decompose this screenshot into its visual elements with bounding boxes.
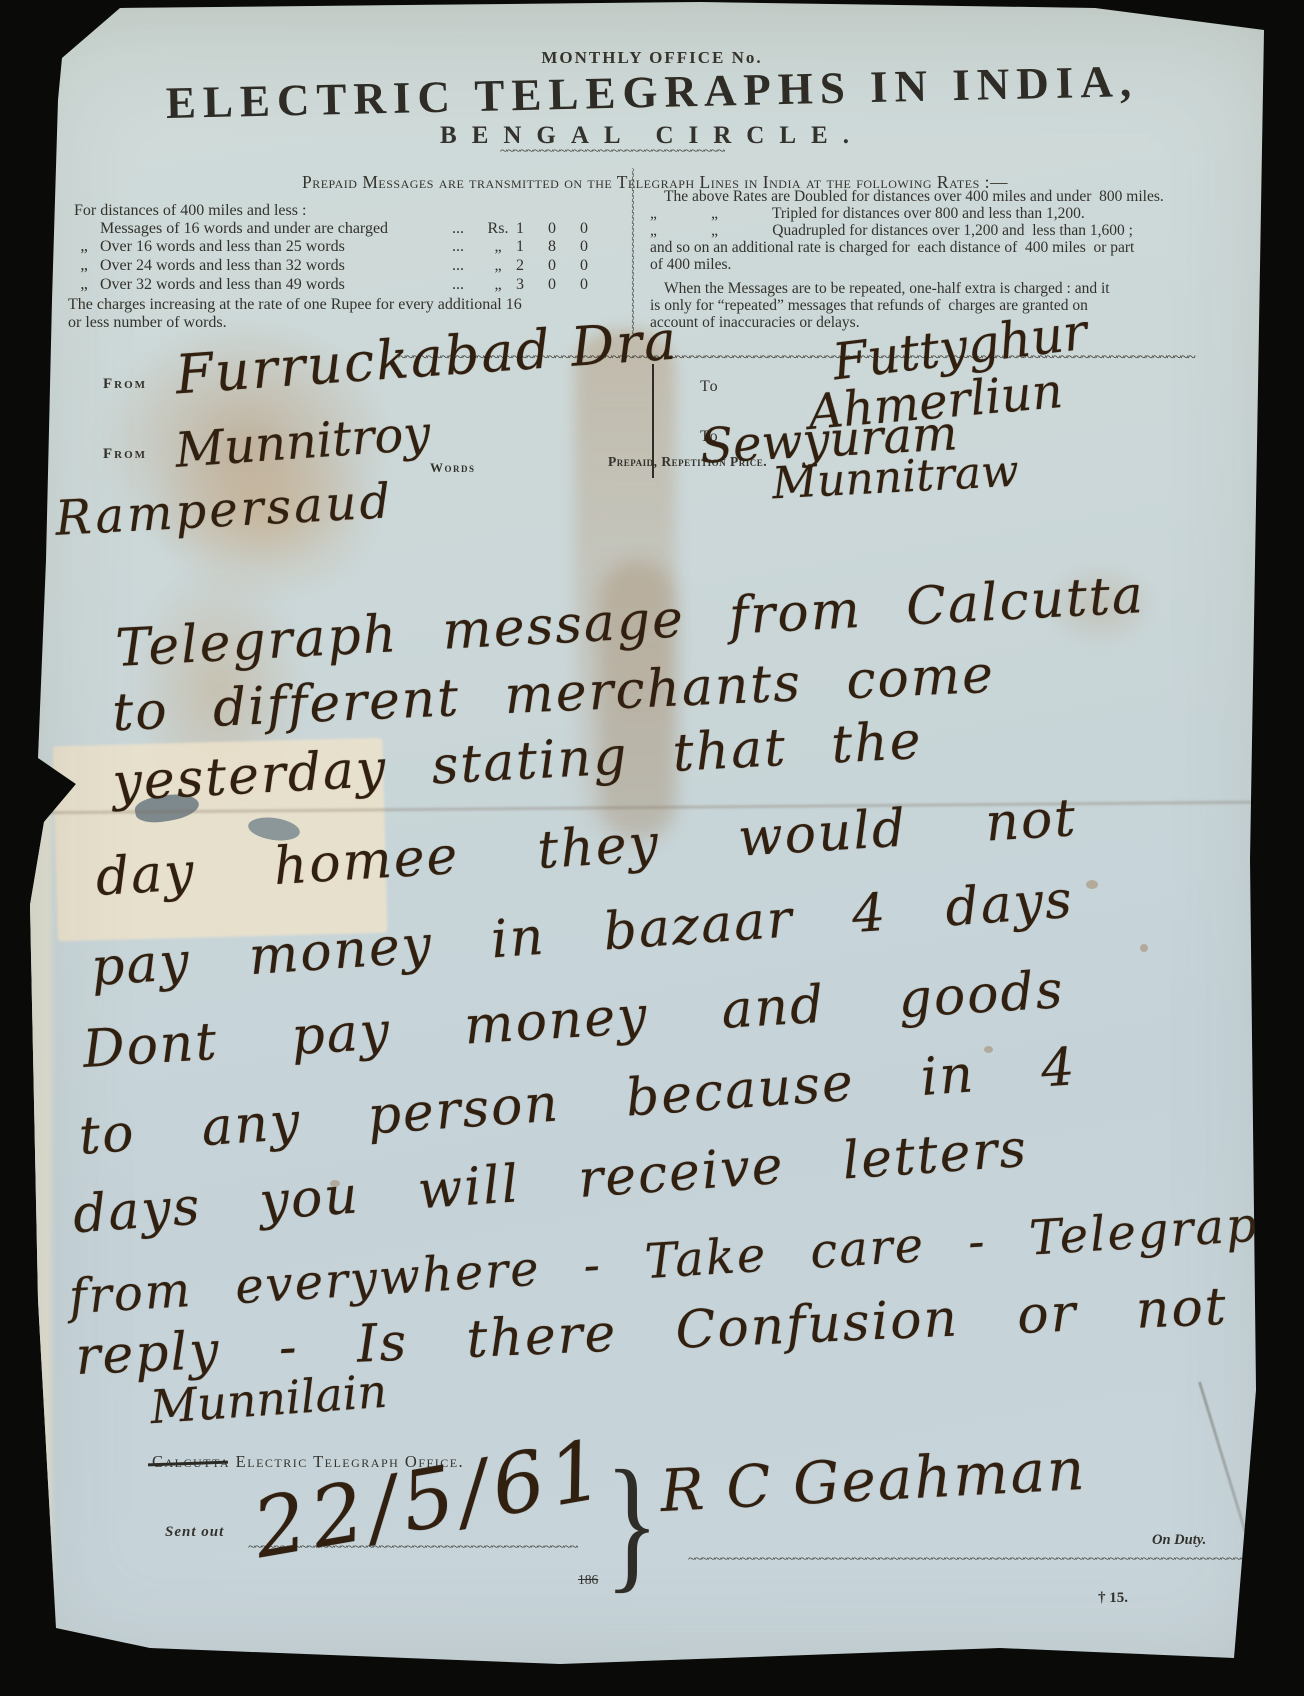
rates-notes-right: The above Rates are Doubled for distance…	[650, 188, 1195, 331]
handwritten-signature: R C Geahman	[659, 1435, 1088, 1525]
rates-table-left: For distances of 400 miles and less : Me…	[68, 202, 620, 331]
rate-currency: „	[480, 276, 516, 294]
rate-currency: „	[480, 257, 516, 275]
rate-label: Over 24 words and less than 32 words	[100, 257, 452, 275]
rate-note-line: When the Messages are to be repeated, on…	[650, 280, 1195, 297]
squiggle-underline	[500, 144, 725, 160]
rate-note-line: of 400 miles.	[650, 256, 1195, 273]
rate-amount: 2 0 0	[516, 257, 598, 275]
rate-currency: „	[480, 238, 516, 256]
rate-label: Messages of 16 words and under are charg…	[86, 220, 452, 238]
form-number: † 15.	[1098, 1590, 1128, 1607]
rate-dots: ...	[452, 220, 480, 238]
scanned-telegraph-form: MONTHLY OFFICE No. ELECTRIC TELEGRAPHS I…	[0, 0, 1304, 1696]
rate-ditto: „	[68, 237, 100, 256]
rate-note-line: „ „ Quadrupled for distances over 1,200 …	[650, 222, 1195, 239]
ink-speck	[1086, 880, 1098, 889]
to-label: To	[700, 378, 719, 396]
from-label: From	[103, 376, 147, 393]
printed-year: 186	[578, 1572, 598, 1588]
words-label: Words	[430, 460, 476, 476]
rate-ditto: „	[68, 275, 100, 294]
rate-note-line: „ „ Tripled for distances over 800 and l…	[650, 205, 1195, 222]
rate-ditto: „	[68, 256, 100, 275]
rate-currency: Rs.	[480, 220, 516, 238]
rate-row: „ Over 24 words and less than 32 words .…	[68, 256, 620, 275]
rate-row: Messages of 16 words and under are charg…	[68, 220, 620, 238]
corner-crease	[1198, 1382, 1289, 1670]
rates-footnote: The charges increasing at the rate of on…	[68, 296, 620, 314]
rate-label: Over 32 words and less than 49 words	[100, 276, 452, 294]
torn-edge	[24, 768, 52, 1648]
rate-dots: ...	[452, 257, 480, 275]
rate-dots: ...	[452, 238, 480, 256]
sent-out-label: Sent out	[165, 1524, 224, 1541]
from-label: From	[103, 446, 147, 463]
rate-dots: ...	[452, 276, 480, 294]
paper-sheet: MONTHLY OFFICE No. ELECTRIC TELEGRAPHS I…	[0, 0, 1304, 1696]
handwritten-sender-name: Rampersaud	[54, 473, 395, 547]
rates-intro: For distances of 400 miles and less :	[74, 202, 620, 220]
rate-amount: 1 8 0	[516, 238, 598, 256]
rate-note-line: The above Rates are Doubled for distance…	[650, 188, 1195, 205]
rate-amount: 1 0 0	[516, 220, 598, 238]
wavy-rule	[688, 1552, 1244, 1568]
handwritten-sender: Munnitroy	[173, 405, 432, 479]
rate-note-line: and so on an additional rate is charged …	[650, 239, 1195, 256]
rate-row: „ Over 32 words and less than 49 words .…	[68, 275, 620, 294]
ink-speck	[1140, 944, 1148, 952]
rate-row: „ Over 16 words and less than 25 words .…	[68, 237, 620, 256]
on-duty-label: On Duty.	[1152, 1532, 1206, 1549]
rate-amount: 3 0 0	[516, 276, 598, 294]
rate-label: Over 16 words and less than 25 words	[100, 238, 452, 256]
rate-note-line: is only for “repeated” messages that ref…	[650, 297, 1195, 314]
closing-brace: }	[605, 1448, 659, 1598]
